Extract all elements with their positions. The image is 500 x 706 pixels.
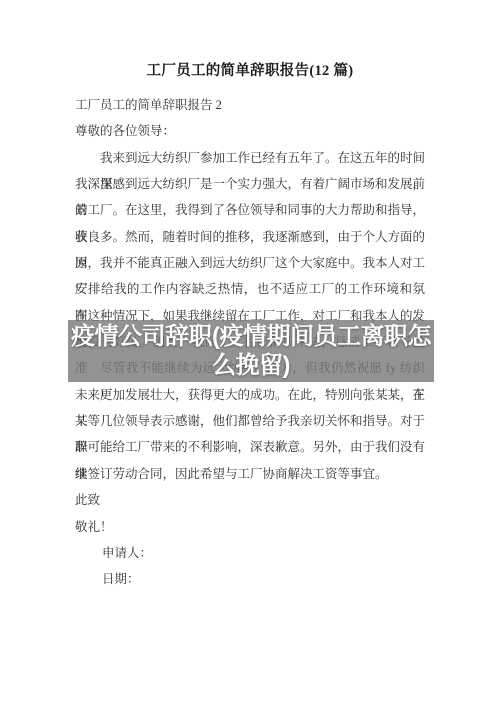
body-line: 职可能给工厂带来的不利影响，深表歉意。另外，由于我们没有继 <box>75 434 425 460</box>
applicant-label: 申请人： <box>75 540 425 566</box>
promo-overlay-banner[interactable]: 疫情公司辞职(疫情期间员工离职怎 么挽留) <box>68 320 434 382</box>
closing-respectfully: 此致 <box>75 487 425 513</box>
body-line: 我深深感到远大纺织厂是一个实力强大，有着广阔市场和发展前景 <box>75 171 425 197</box>
section-subtitle: 工厂员工的简单辞职报告 2 <box>75 92 425 118</box>
page-title: 工厂员工的简单辞职报告(12 篇) <box>0 58 500 84</box>
closing-salute: 敬礼！ <box>75 514 425 540</box>
body-line: 获良多。然而，随着时间的推移，我逐渐感到，由于个人方面的原 <box>75 224 425 250</box>
body-line: 未来更加发展壮大，获得更大的成功。在此，特别向张某某，王某 <box>75 382 425 408</box>
overlay-title-line-1: 疫情公司辞职(疫情期间员工离职怎 <box>71 322 431 351</box>
body-line: 某等几位领导表示感谢，他们都曾给予我亲切关怀和指导。对于辞 <box>75 408 425 434</box>
body-line: 续签订劳动合同，因此希望与工厂协商解决工资等事宜。 <box>75 461 425 487</box>
body-line: 因，我并不能真正融入到远大纺织厂这个大家庭中。我本人对工厂 <box>75 250 425 276</box>
body-line: 安排给我的工作内容缺乏热情，也不适应工厂的工作环境和氛围。 <box>75 276 425 302</box>
salutation: 尊敬的各位领导： <box>75 118 425 144</box>
body-line: 的工厂。在这里，我得到了各位领导和同事的大力帮助和指导，收 <box>75 197 425 223</box>
overlay-title-line-2: 么挽留) <box>212 351 290 380</box>
body-line: 我来到远大纺织厂参加工作已经有五年了。在这五年的时间里， <box>75 145 425 171</box>
date-label: 日期： <box>75 566 425 592</box>
